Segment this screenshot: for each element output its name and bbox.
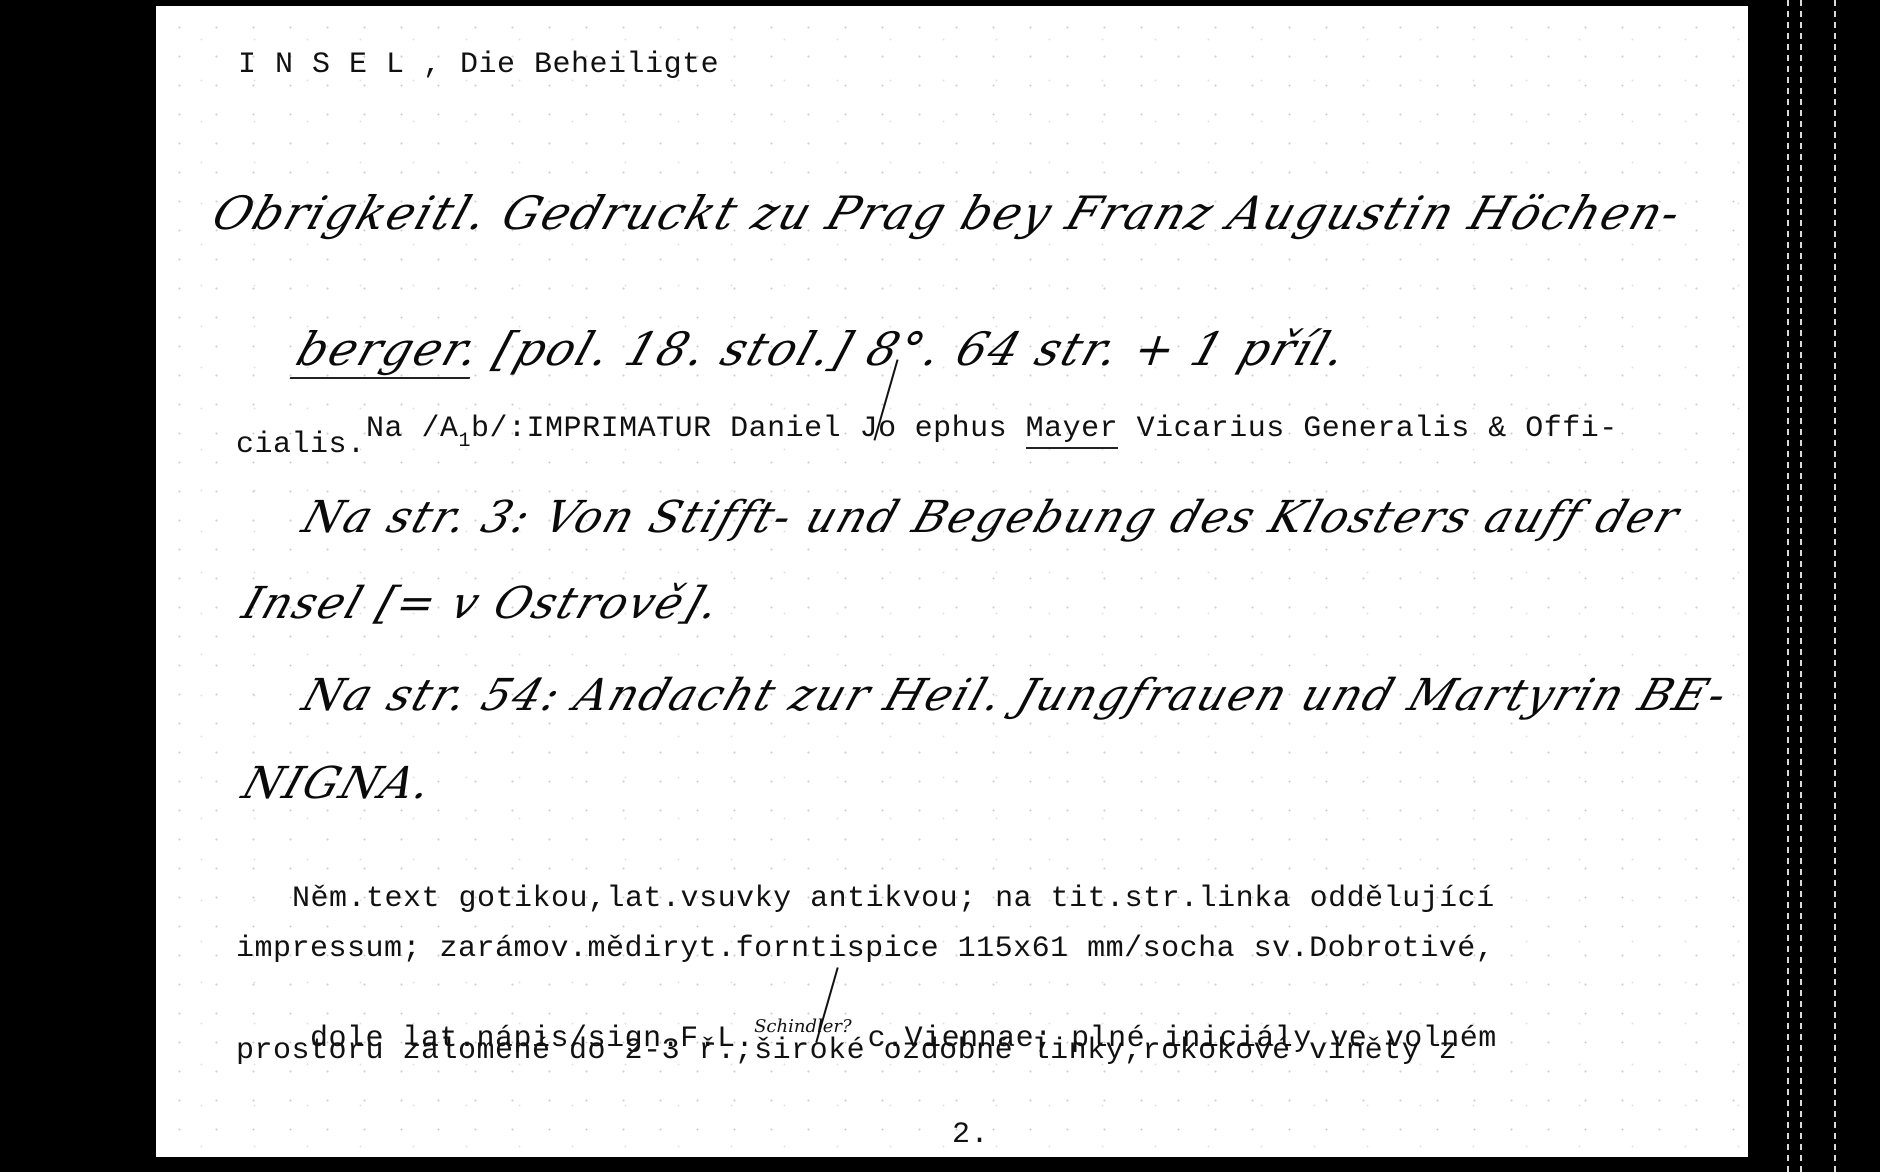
description-line-1: Něm.text gotikou,lat.vsuvky antikvou; na… [292,882,1495,916]
imprimatur-continuation: cialis. [236,428,366,462]
imprimatur-rest: Vicarius Generalis & Offi- [1118,412,1618,446]
imprimatur-text: b/:IMPRIMATUR Daniel Jo [471,412,897,446]
imprimatur-prefix: Na /A [366,412,459,446]
document-header: I N S E L , Die Beheiligte [238,48,719,82]
underlined-name: Mayer [1026,412,1119,449]
handwritten-title-line-1: Obrigkeitl. Gedruckt zu Prag bey Franz A… [206,186,1689,240]
scan-edge-line [1834,0,1836,1172]
scan-edge-line [1787,0,1789,1172]
imprimatur-line: Na /A1b/:IMPRIMATUR Daniel Joephus Mayer… [292,378,1618,487]
handwritten-note-1-cont: Insel [= v Ostrově]. [236,578,728,629]
description-line-4: prostoru zalomené do 2-3 ř.,široké ozdob… [236,1034,1457,1068]
underlined-word: berger. [289,322,488,379]
handwritten-note-2: Na str. 54: Andacht zur Heil. Jungfrauen… [296,670,1735,721]
scan-edge-line [1800,0,1802,1172]
page-number: 2. [952,1118,989,1152]
description-line-2: impressum; zarámov.mědiryt.forntispice 1… [236,932,1494,966]
handwritten-note-2-cont: NIGNA. [236,758,440,809]
collation-text: [pol. 18. stol.] 8°. 64 str. + 1 příl. [471,322,1355,376]
imprimatur-text-cont: ephus [915,412,1026,446]
handwritten-note-1: Na str. 3: Von Stifft- und Begebung des … [296,492,1687,543]
scanned-page: I N S E L , Die Beheiligte Obrigkeitl. G… [156,6,1748,1157]
signature-subscript: 1 [459,430,472,453]
